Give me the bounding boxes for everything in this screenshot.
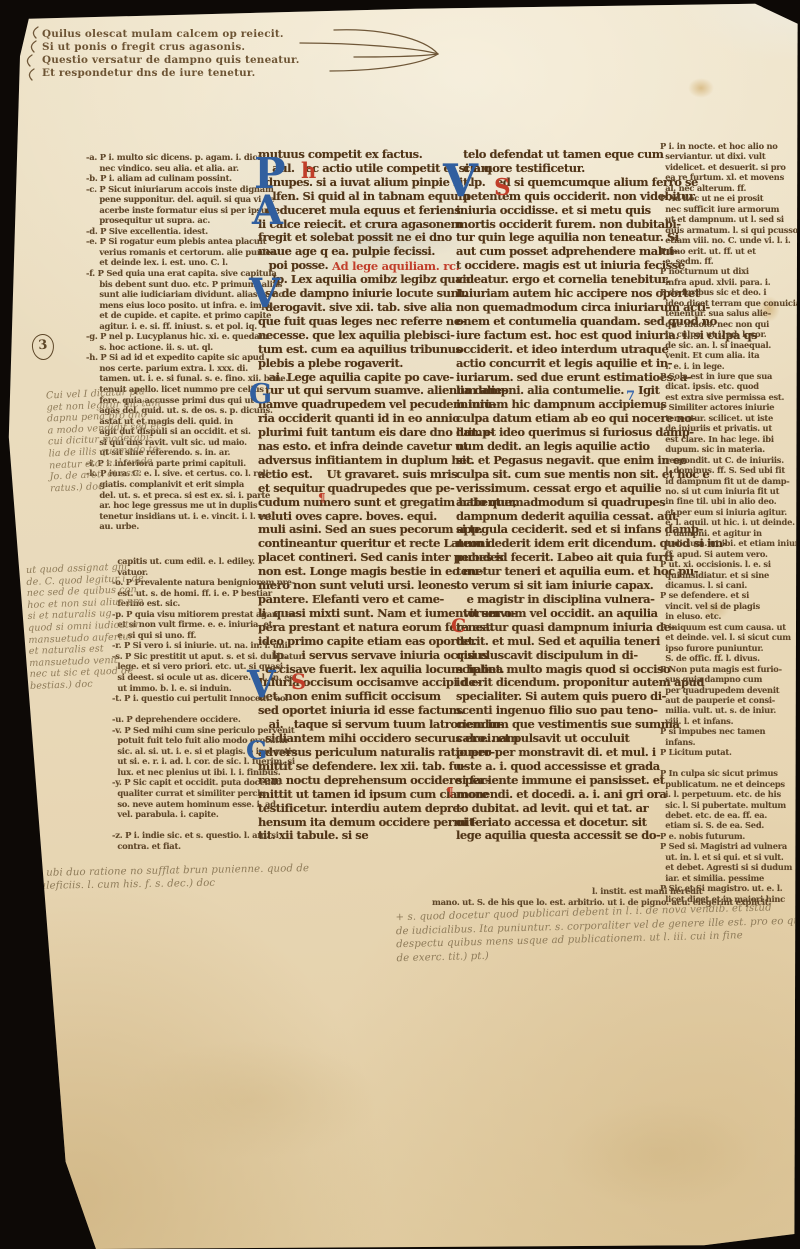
text-line: P Non puta magis est furio- [660,664,794,674]
text-line: actio concurrit et legis aquilie et in- [456,357,668,371]
text-line: calcei. et pulsavit ut occuluit [456,732,668,746]
text-line: -d. P Sive excellentia. idest. [86,226,264,237]
text-line: ai. Lege aquilia capite po cave- [258,371,468,385]
text-line: per quadrupedem devenit [660,685,794,695]
text-line: ria occiderit quanti id in eo annio [258,412,468,426]
text-line: sic. l. Si pubertate. multum [660,800,794,810]
text-line: P ut. xi. occisionis. l. e. si [660,559,794,569]
text-line: de iniuriis et privatis. ut [660,423,794,433]
text-line: l. instit. est mani heredit [432,886,792,897]
text-line: verius romanis et certorum. alie punies. [86,247,264,258]
text-line: monendi. et docedi. a. i. ani gri ora [456,788,668,802]
text-line: petentem quis occiderit. non videbitur [456,190,668,204]
text-line: li calce reiecit. et crura agasonem [258,218,468,232]
cursive-note-left-2: ut quod assignat gnide. C. quod legitur … [26,559,200,692]
text-line: placet contineri. Sed canis inter pecude… [258,551,468,565]
text-line: in culpa. ut i. ad. l. cor. [660,329,794,339]
text-line: mittit ut tamen id ipsum cum clamore [258,788,468,802]
text-line: ipso furore puniuntur. [660,643,794,653]
text-line: num dederit idem erit dicendum. quod si … [456,537,668,551]
text-line: scenti ingenuo filio suo pau teno- [456,704,668,718]
text-line: -y. P Sic capit et occidit. puta docendo [112,777,272,788]
text-line: viii. l. et infans. [660,716,794,726]
text-line: publicatum. ne et deinceps [660,779,794,789]
text-line: tenetur teneri et aquilia eum. et hoc pu… [456,565,668,579]
text-line: pene supponitur. del. aquil. si qua vi d… [86,194,264,205]
text-line: actio quemadmodum si quadrupes [456,496,668,510]
text-line: nas esto. et infra deinde cavetur ut [258,440,468,454]
paragraph-mark-red: ¶ [318,492,326,504]
text-line: dicat. ipsis. etc. quod [660,381,794,391]
text-line: adversus infitiantem in duplum hec [258,454,468,468]
text-line: infra apud. xlvii. para. i. [660,277,794,287]
text-line: plebis a plebe rogaverit. [258,357,468,371]
text-line: culpa datum etiam ab eo qui nocere no- [456,412,668,426]
text-line: maue age q ea. pulpie fecissi. [258,245,468,259]
text-line: hensum ita demum occidere permit- [258,816,468,830]
text-line: ciendum que vestimentis sue summa [456,718,668,732]
text-line: aut de pauperie et consi- [660,695,794,705]
text-line: uste a. i. quod accessisse et grada [456,760,668,774]
text-line: -c. P Sicut iniuriarum accois inste dign… [86,184,264,195]
text-line: deduceret mula equus et feriens [258,204,468,218]
text-line: tenentur. sua salus alie- [660,308,794,318]
text-line: id erit dicendum. proponitur autem apud [456,676,668,690]
initial-G-blue: G [246,738,267,763]
text-line: de sic. an. l. si inaequal. [660,340,794,350]
main-text-left-column: mutuus competit ex factus. aul. ec actio… [258,148,468,843]
text-line: clamore testificetur. [456,162,668,176]
text-line: aut cum posset adprehendere malui- [456,245,668,259]
text-line: l. dominus. ff. S. Sed ubi fit [660,465,794,475]
text-line: videatur. ergo et cornelia tenebitur. [456,273,668,287]
text-line: et deinde. vel. l. si sicut cum [660,632,794,642]
text-line: si faciente immune ei pansisset. et [456,774,668,788]
text-line: P Similiter actores iniurie [660,402,794,412]
text-line: specialiter. Si autem quis puero di- [456,690,668,704]
text-line: no. si ut cum iniuria fit ut [660,486,794,496]
text-line: -z. P i. indie sic. et s. questio. l. am… [112,830,272,841]
text-line: lege aquilia questa accessit se do- [456,829,668,843]
text-line [660,758,794,768]
text-line: plurimi fuit tantum eis dare dno damp- [258,426,468,440]
text-line: luit. et ideo querimus si furiosus damp- [456,426,668,440]
text-line: venit. Et cum alia. ita [660,350,794,360]
text-line: muli asini. Sed an sues pecorum app. [258,523,468,537]
text-line: et deinde lex. i. est. uno. C. l. [86,257,264,268]
right-margin-gloss: P i. in nocte. et hoc alio no serviantur… [660,141,794,904]
text-line: lia dampni. alia contumelie. Igit [456,384,668,398]
text-line: bis debent sunt duo. etc. P primum. alia… [86,279,264,290]
initial-V-blue: V [443,158,478,203]
text-line: et sequitur quadrupedes que pe- [258,482,468,496]
text-line: est clare. In hac lege. ibi [660,434,794,444]
text-line: iure factum est. hoc est quod iniuria. i… [456,329,668,343]
initial-S-red: S [494,176,511,199]
text-line: P i. in nocte. et hoc alio no [660,141,794,151]
text-line: lux. et nec plenius ut ibi. l. i. finibu… [112,767,272,778]
text-line: est extra sive permissa est. [660,392,794,402]
text-line: contineantur queritur et recte Lateoni [258,537,468,551]
text-line: videlicet. et desuerit. si pro [660,162,794,172]
text-line: s. hoc actione. ii. s. ut. ql. [86,342,264,353]
text-line: nec vindico. seu alia. et alia. ar. [86,163,264,174]
text-line: P Licitum putat. [660,747,794,757]
text-line: t occidere. magis est ut iniuria fecisse [456,259,668,273]
stain [688,78,714,98]
text-line: sed oportet iniuria id esse factum. [258,704,468,718]
text-line: derit. et mul. Sed et aquilia teneri [456,635,668,649]
text-line: P nocturnum ut dixi [660,266,794,276]
text-line: P iniquum est cum causa. ut [660,622,794,632]
text-line: ut et dampnum. ut l. sed si [660,214,794,224]
text-line: in fine til. ubi in alio deo. [660,496,794,506]
text-line: sciplina multo magis quod si occiso [456,663,668,677]
tironian-mark-blue: 7 [626,390,635,403]
text-line: lp. ed si quemcumque alium ferro se [456,176,668,190]
text-line: namve quadrupedem vel pecudem iniu- [258,398,468,412]
text-line: num dedit. an legis aquilie actio [456,440,668,454]
rubric-ad-legem-aquiliam: Ad lege aquiliam. rc. [332,259,459,273]
text-line: et per eum si iniuria agitur. [660,507,794,517]
initial-V-blue: V [249,274,280,314]
text-line: Si ut ponis o fregit crus agasonis. [42,41,300,54]
text-line: P In culpa sic sicut primus [660,768,794,778]
text-line: to verum si sit iam iniurie capax. [456,579,668,593]
text-line: et de cupide. et capite. et primo capite [86,310,264,321]
text-line: nec sufficit iure armorum [660,204,794,214]
text-line: in eluso. etc. [660,611,794,621]
text-line: -b. P i. aliam ad culinam possint. [86,173,264,184]
text-line: iuriarum. sed due erunt estimatioes. a- [456,371,668,385]
text-line: prosequitur ut supra. ac. [86,215,264,226]
text-line: nos certe. parium extra. l. xxx. di. [86,363,264,374]
text-line: etiam viii. no. C. unde vi. l. i. [660,235,794,245]
text-line: puero per monstravit di. et mul. i [456,746,668,760]
text-line: ideo dicet terram que conuicia [660,298,794,308]
text-line: infans. [660,737,794,747]
text-line: sus quia dampno cum [660,674,794,684]
text-line: fregit et solebat possit ne ei dno [258,231,468,245]
text-line: testificetur. interdiu autem depre- [258,802,468,816]
text-line: vel. parabula. i. capite. [112,809,272,820]
text-line: Iniuriam autem hic accipere nos oportet [456,287,668,301]
text-line: qui insidiatur. et si sine [660,570,794,580]
text-line: etiam si. S. de ea. Sed. [660,820,794,830]
text-line: cudum numero sunt et gregatim habentur, [258,496,468,510]
text-line: ut. in. l. et si qui. et si vult. [660,852,794,862]
text-line: mens eius loco posito. ut infra. e. impu… [86,300,264,311]
text-line: l. dampni. et agitur in [660,528,794,538]
text-line: ea re furtum. xl. et movens [660,172,794,182]
text-line: ff. apud. Si autem vero. [660,549,794,559]
text-line: dicamus. l. si cani. [660,580,794,590]
cursive-note-bottom-left: f--ua ubi duo ratione no sufflat brun pu… [30,847,371,893]
text-line: tur quin lege aquilia non teneatur. Si [456,231,668,245]
text-line: al. nec alterum. ff. [660,183,794,193]
text-line: tenetur insidians ut. i. e. vincit. i. l… [86,511,264,522]
main-text-right-column: telo defendat ut tamen eque cum clamore … [456,148,668,843]
text-line: teneatur quasi dampnum iniuria de- [456,621,668,635]
text-line: S. de offic. ff. l. divus. [660,653,794,663]
text-line: quis armatum. l. si qui pcussor [660,225,794,235]
text-line: P se defendere. et si [660,590,794,600]
text-line: e. sedm. ff. [660,256,794,266]
text-line: i. l. perpetuum. etc. de his [660,789,794,799]
text-line: serviantur. ut dixi. vult [660,151,794,161]
text-line: respondit. ut C. de iniuriis. [660,455,794,465]
text-line: P e. nobis futurum. [660,831,794,841]
text-line: si tegula ceciderit. sed et si infans da… [456,523,668,537]
text-line: dnupes. si a iuvat alium pinpie sit. [258,176,468,190]
text-line [112,820,272,831]
cursive-note-left-1: Cui vel I dicatur pla-get non legitur hi… [46,382,255,495]
cursive-note-bottom-center: + s. quod docetur quod publicari debent … [395,901,796,965]
initial-V-blue: V [247,666,276,703]
text-line: pantere. Elefanti vero et came- [258,593,468,607]
text-line: e magistr in disciplina vulnera- [456,593,668,607]
text-line: qualiter currat et similiter perclu- [112,788,272,799]
text-line: Questio versatur de dampno quis teneatur… [42,54,300,67]
text-line: lp. Lex aquilia omibz legibz quan [258,273,468,287]
text-line: qui eluscavit discipulum in di- [456,649,668,663]
text-line: lfen. Si quid al in tabnam equum [258,190,468,204]
manuscript-photo: { "palette":{ "background":"#0d0906","pa… [0,0,800,1249]
text-line: debet. etc. de ea. ff. ea. [660,810,794,820]
banner-annotation: Quilus olescat mulam calcem op reiecit.S… [42,28,300,80]
text-line: au. urbe. [86,521,264,532]
text-line: aul. ec actio utile competit et si n q [258,162,468,176]
text-line: -v. P Sed mihi cum sine periculo perveni… [112,725,272,736]
text-line: se de dampno iniurie locute sunt. [258,287,468,301]
text-line: vit servum vel occidit. an aquilia [456,607,668,621]
signe-de-renvoi-mark: 3 [31,333,55,360]
initial-G-blue: G [249,381,272,408]
text-line: -a. P i. multo sic dicens. p. agam. i. d… [86,152,264,163]
text-line: actio est. Ut gravaret. suis mris [258,468,468,482]
text-line: tur ut qui servum suamve. alienum alie- [258,384,468,398]
text-line: P de furibus sic et deo. i [660,287,794,297]
paragraph-mark-red: ¶ [446,786,454,798]
text-line: et debet. Agresti si si dudum [660,862,794,872]
text-line: e. l. aquil. ut hic. i. ut deinde. [660,517,794,527]
text-line: occiderit. et ideo interdum utraque [456,343,668,357]
text-line: mutuus competit ex factus. [258,148,468,162]
text-line: dupum. sic in materia. [660,444,794,454]
text-line: milia. vult. ut. s. de iniur. [660,705,794,715]
text-line: verissimum. cessat ergo et aquilie [456,482,668,496]
text-line: vincit. vel si de plagis [660,601,794,611]
text-line: P Sed si. Magistri ad vulnera [660,841,794,851]
text-line: veluti oves capre. boves. equi. [258,510,468,524]
text-line: -e. P Si rogatur eum plebis antea placui… [86,236,264,247]
text-line: que fuit quas leges nec referre ne- [258,315,468,329]
initial-h-red: h [301,160,316,181]
text-line: dampnum dederit aquilia cessat. aut [456,510,668,524]
text-line: -g. P nel p. Lucyplanus hic. xi. e. qued… [86,331,264,342]
text-line: bet. non enim sufficit occisum [258,690,468,704]
text-line: non quemadmodum circa iniuriarum acti- [456,301,668,315]
stain [120,1040,380,1160]
text-line: mortis occiderit furem. non dubitabi- [456,218,668,232]
text-line: oi feriato accessa et docetur. sit [456,816,668,830]
text-line: pubes id fecerit. Labeo ait quia furti [456,551,668,565]
text-line: necesse. que lex aquilia plebisci- [258,329,468,343]
text-line: derogavit. sive xii. tab. sive alia [258,301,468,315]
text-line: so. neve autem hominum esse. i. ad. [112,799,272,810]
text-line: iniuria occidisse. et si metu quis [456,204,668,218]
text-line: to dubitat. ad levit. qui et tat. ar [456,802,668,816]
text-line: que nidolo. nec non qui [660,319,794,329]
text-line: onem et contumelia quandam. sed quod no [456,315,668,329]
text-line: agitur. i. e. si. ff. iniust. s. et pol.… [86,321,264,332]
initial-S-red: S [291,671,306,692]
text-line: Quilus olescat mulam calcem op reiecit. [42,28,300,41]
text-line: iar. et similia. pessime [660,873,794,883]
text-line: P Ad hoc ut ne ei prosit [660,193,794,203]
text-line: ar. hoc lege gressus me ut in duplis [86,500,264,511]
text-line: Et respondetur dns de iure tenetur. [42,67,300,80]
initial-A-blue: A [252,191,283,231]
text-line: iniuriam hic dampnum accipiemus [456,398,668,412]
text-line: iudicium. ut ibi. et etiam iniurie [660,538,794,548]
text-line: sit. et Pegasus negavit. que enim in eo [456,454,668,468]
text-line: tum est. cum ea aquilius tribunus [258,343,468,357]
initial-C-red: C [451,617,466,636]
text-line: culpa sit. cum sue mentis non sit. et ho… [456,468,668,482]
photo-corner-haze [680,0,800,60]
text-line: telo defendat ut tamen eque cum [456,148,668,162]
text-line: tenentur. scilicet. ut iste [660,413,794,423]
parchment-page: Quilus olescat mulam calcem op reiecit.S… [0,0,800,1249]
text-line: P si impubes nec tamen [660,726,794,736]
text-line: acerbe inste formatur eius si per ipsum [86,205,264,216]
text-line: P imo erit. ut. ff. ut et [660,246,794,256]
text-line: tit. xii tabule. si se [258,829,468,843]
text-line: -f. P Sed quia una erat capita. sive cap… [86,268,264,279]
text-line: id dampnum fit ut de damp- [660,476,794,486]
text-line: P Sola est in iure que sua [660,371,794,381]
text-line: pera prestant et natura eorum fera est. [258,621,468,635]
text-line: sunt alie iudiciariam dividunt. alias. s… [86,289,264,300]
text-line: -u. P deprehendere occidere. [112,714,272,725]
text-line: -h. P Si ad id et expedito capite sic ap… [86,352,264,363]
stain [560,1100,760,1210]
text-line: rem noctu deprehensum occidere per- [258,774,468,788]
text-line: i. e. i. in lege. [660,361,794,371]
